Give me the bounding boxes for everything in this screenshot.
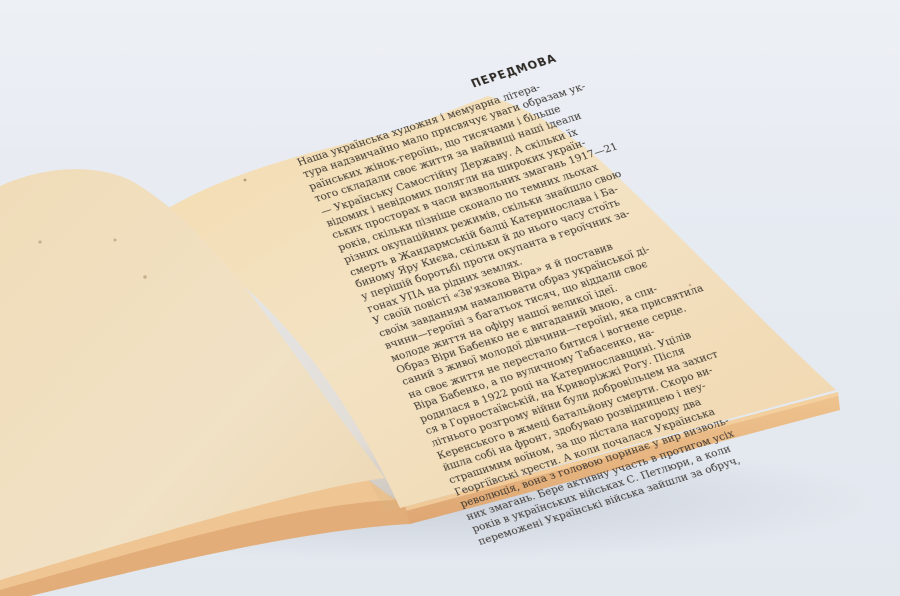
photo-scene: ПЕРЕДМОВА Наша українська художня і мему…: [0, 0, 900, 596]
paper-speck: [244, 179, 247, 182]
paper-speck: [114, 239, 117, 242]
paper-speck: [143, 275, 147, 279]
paper-speck: [38, 240, 41, 243]
